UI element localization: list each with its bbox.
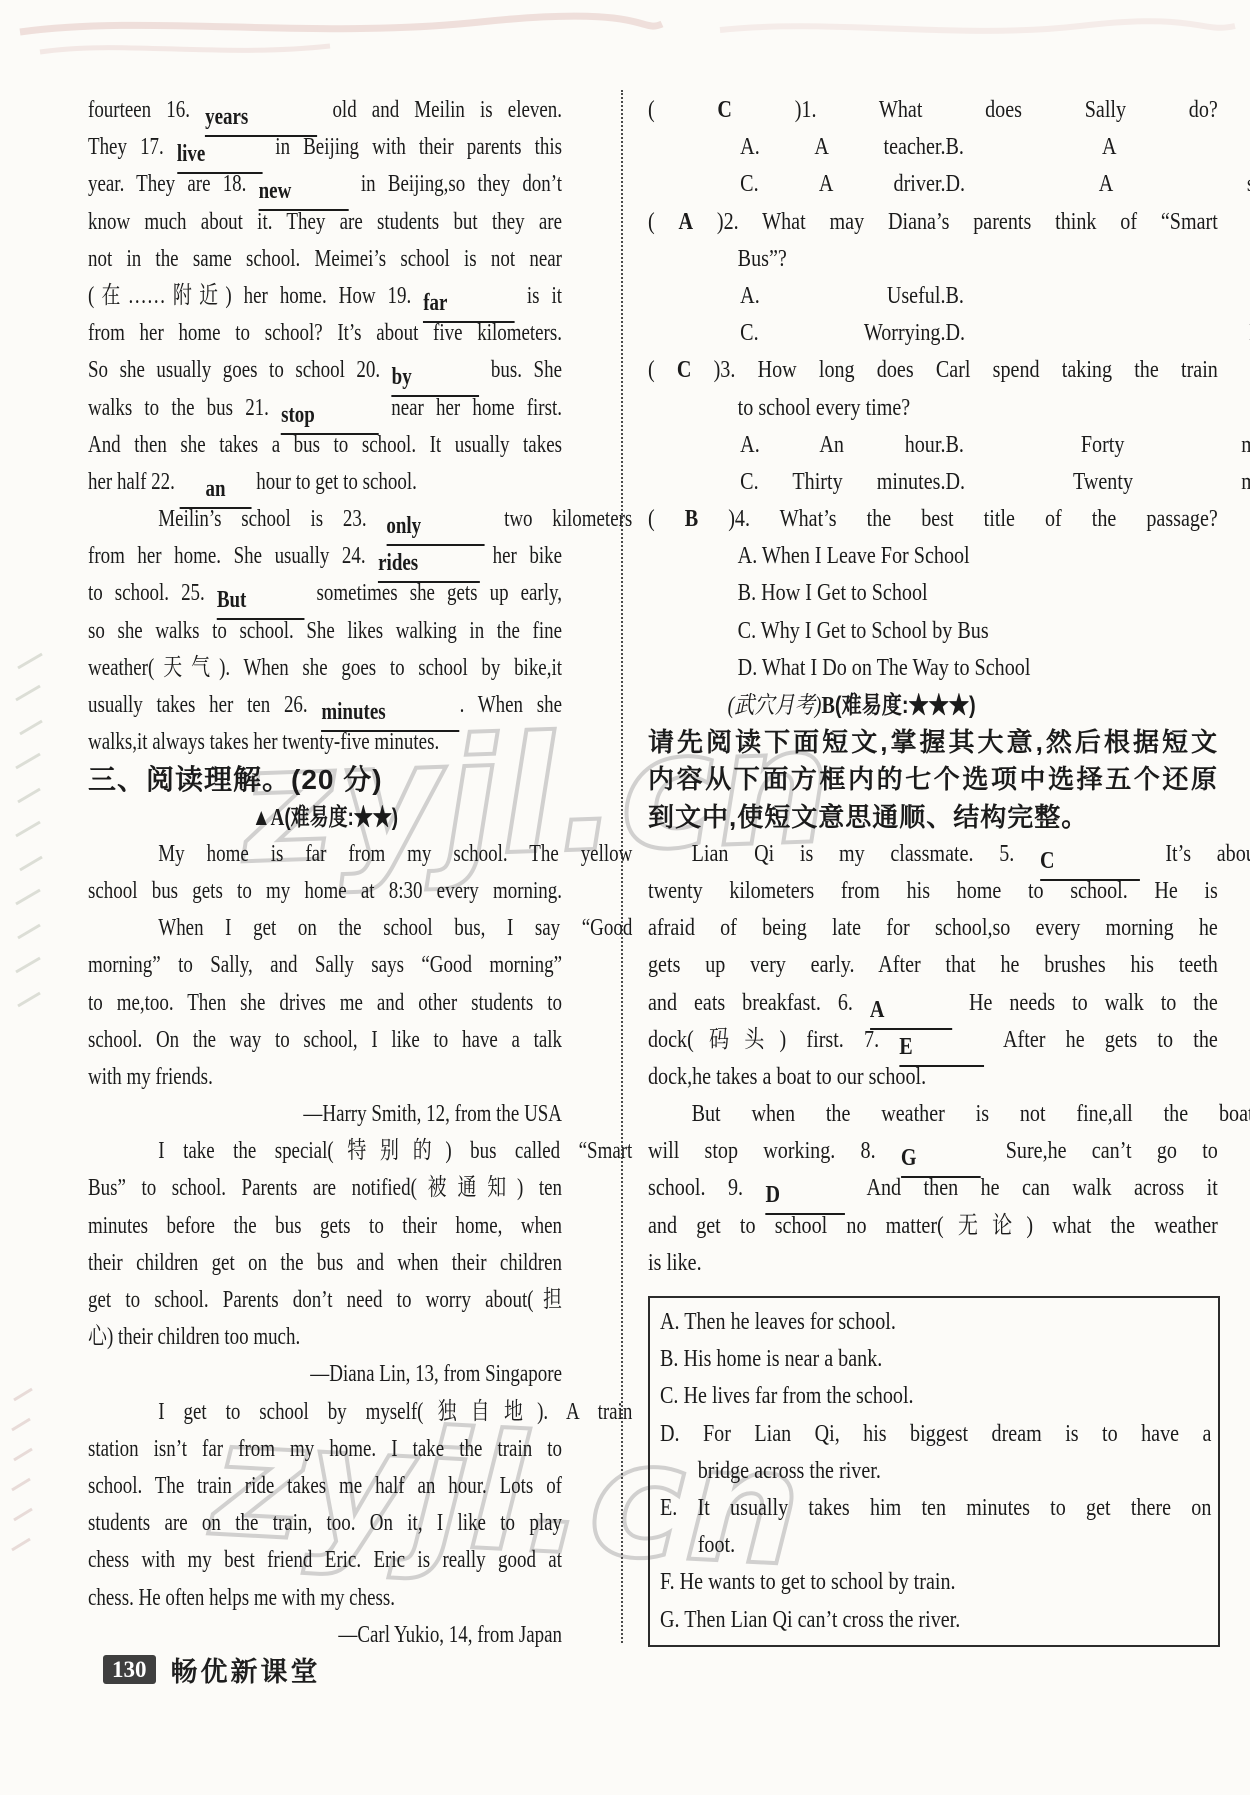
text-line: so she walks to school. She likes walkin… bbox=[88, 613, 562, 650]
text-segment: 请先阅读下面短文,掌握其大意,然后根据短文 bbox=[648, 727, 1218, 757]
text-segment: her bike bbox=[480, 543, 562, 569]
text-line: year. They are 18. new in Beijing,so the… bbox=[88, 166, 562, 203]
text-line: 心) their children too much. bbox=[88, 1319, 562, 1356]
text-segment: A. When I Leave For School bbox=[738, 543, 970, 569]
text-segment: They 17. bbox=[88, 134, 177, 160]
option-right: B. Funny. bbox=[945, 283, 1250, 309]
answer-letter: A bbox=[679, 209, 694, 235]
text-segment: )3. How long does Carl spend taking the … bbox=[691, 357, 1217, 383]
text-segment: twenty kilometers from his home to schoo… bbox=[648, 878, 1218, 904]
question: ( C )3. How long does Carl spend taking … bbox=[648, 352, 1218, 389]
text-line: I take the special(特别的) bus called “Smar… bbox=[88, 1133, 632, 1170]
option-right: D. Boring. bbox=[945, 320, 1250, 346]
text-segment: walks,it always takes her twenty-five mi… bbox=[88, 729, 439, 755]
text-segment: G. Then Lian Qi can’t cross the river. bbox=[660, 1607, 960, 1633]
text-segment: afraid of being late for school,so every… bbox=[648, 915, 1218, 941]
text-segment: )2. What may Diana’s parents think of “S… bbox=[693, 209, 1218, 235]
text-segment: ▲ bbox=[252, 805, 271, 831]
text-segment: 内容从下面方框内的七个选项中选择五个还原 bbox=[648, 764, 1218, 794]
text-line: Meilin’s school is 23. only two kilomete… bbox=[88, 501, 632, 538]
text-segment: fourteen 16. bbox=[88, 97, 205, 123]
text-segment: is like. bbox=[648, 1250, 702, 1276]
text-line: school. 9. D And then he can walk across… bbox=[648, 1170, 1218, 1207]
text-line: students are on the train, too. On it, I… bbox=[88, 1505, 562, 1542]
text-line: school. On the way to school, I like to … bbox=[88, 1022, 562, 1059]
text-segment: and eats breakfast. 6. bbox=[648, 990, 870, 1016]
text-line: (在……附近) her home. How 19. far is it bbox=[88, 278, 562, 315]
text-segment: will stop working. 8. bbox=[648, 1138, 901, 1164]
question: ( A )2. What may Diana’s parents think o… bbox=[648, 204, 1218, 241]
text-line: C. A driver.D. A student. bbox=[648, 166, 1250, 203]
text-segment: walks to the bus 21. bbox=[88, 395, 281, 421]
text-segment: )4. What’s the best title of the passage… bbox=[698, 506, 1218, 532]
text-line: with my friends. bbox=[88, 1059, 562, 1096]
text-line: station isn’t far from my home. I take t… bbox=[88, 1431, 562, 1468]
options-box-content: A. Then he leaves for school.B. His home… bbox=[660, 1304, 1211, 1639]
text-line: to me,too. Then she drives me and other … bbox=[88, 985, 562, 1022]
text-line: F. He wants to get to school by train. bbox=[660, 1564, 1211, 1601]
text-line: So she usually goes to school 20. by bus… bbox=[88, 352, 562, 389]
text-segment: to me,too. Then she drives me and other … bbox=[88, 990, 562, 1016]
text-line: minutes before the bus gets to their hom… bbox=[88, 1208, 562, 1245]
text-line: to school every time? bbox=[648, 390, 1250, 427]
text-segment: A. Then he leaves for school. bbox=[660, 1309, 896, 1335]
text-line: D. For Lian Qi, his biggest dream is to … bbox=[660, 1416, 1211, 1453]
text-segment: minutes before the bus gets to their hom… bbox=[88, 1213, 562, 1239]
text-segment: station isn’t far from my home. I take t… bbox=[88, 1436, 562, 1462]
text-line: gets up very early. After that he brushe… bbox=[648, 947, 1218, 984]
option-right: D. Twenty minutes. bbox=[945, 469, 1250, 495]
text-segment: school. The train ride takes me half an … bbox=[88, 1473, 562, 1499]
instructions: 请先阅读下面短文,掌握其大意,然后根据短文 bbox=[648, 724, 1218, 761]
text-segment: sometimes she gets up early, bbox=[305, 580, 562, 606]
options-box: A. Then he leaves for school.B. His home… bbox=[648, 1296, 1220, 1647]
text-segment: school bus gets to my home at 8:30 every… bbox=[88, 878, 562, 904]
text-line: foot. bbox=[660, 1527, 1211, 1564]
text-line: Bus”? bbox=[648, 241, 1250, 278]
text-line: E. It usually takes him ten minutes to g… bbox=[660, 1490, 1211, 1527]
brand-name: 畅优新课堂 bbox=[171, 1650, 321, 1689]
text-segment: Bus”? bbox=[738, 246, 787, 272]
text-line: twenty kilometers from his home to schoo… bbox=[648, 873, 1218, 910]
answer-letter: B bbox=[685, 506, 698, 532]
text-segment: weather(天气). When she goes to school by … bbox=[88, 655, 562, 681]
text-segment: He needs to walk to the bbox=[952, 990, 1218, 1016]
text-segment: After he gets to the bbox=[984, 1027, 1218, 1053]
text-segment: I get to school by myself(独自地). A train bbox=[158, 1399, 632, 1425]
left-column: fourteen 16. years old and Meilin is ele… bbox=[88, 92, 562, 1654]
workbook-page: zyjl.cn zyjl.cn fourteen 16. years old a… bbox=[0, 0, 1250, 1795]
text-segment: their children get on the bus and when t… bbox=[88, 1250, 562, 1276]
attribution: —Harry Smith, 12, from the USA bbox=[88, 1096, 562, 1133]
text-segment: C. He lives far from the school. bbox=[660, 1383, 914, 1409]
option-left: A. Useful. bbox=[740, 278, 945, 315]
text-line: afraid of being late for school,so every… bbox=[648, 910, 1218, 947]
passage-difficulty: ▲A(难易度:★★) bbox=[88, 799, 562, 836]
text-line: school bus gets to my home at 8:30 every… bbox=[88, 873, 562, 910]
text-segment: bridge across the river. bbox=[698, 1458, 881, 1484]
text-segment: And then she takes a bus to school. It u… bbox=[88, 432, 562, 458]
text-segment: D. For Lian Qi, his biggest dream is to … bbox=[660, 1421, 1211, 1447]
text-line: A. A teacher.B. A doctor. bbox=[648, 129, 1250, 166]
text-line: They 17. live in Beijing with their pare… bbox=[88, 129, 562, 166]
text-line: from her home to school? It’s about five… bbox=[88, 315, 562, 352]
text-segment: her half 22. bbox=[88, 469, 180, 495]
instructions: 内容从下面方框内的七个选项中选择五个还原 bbox=[648, 761, 1218, 798]
text-line: and eats breakfast. 6. A He needs to wal… bbox=[648, 985, 1218, 1022]
text-line: from her home. She usually 24. rides her… bbox=[88, 538, 562, 575]
text-segment: with my friends. bbox=[88, 1064, 213, 1090]
text-segment: ( bbox=[648, 209, 679, 235]
text-line: fourteen 16. years old and Meilin is ele… bbox=[88, 92, 562, 129]
answer-letter: B bbox=[821, 693, 834, 719]
text-segment: (难易度:★★) bbox=[284, 804, 398, 831]
text-segment: (难易度:★★★) bbox=[835, 692, 976, 719]
text-segment: from her home. She usually 24. bbox=[88, 543, 378, 569]
text-segment: And then he can walk across it bbox=[845, 1175, 1218, 1201]
text-segment: not in the same school. Meimei’s school … bbox=[88, 246, 562, 272]
answer-letter: C bbox=[717, 97, 732, 123]
text-line: school. The train ride takes me half an … bbox=[88, 1468, 562, 1505]
text-segment: —Diana Lin, 13, from Singapore bbox=[310, 1361, 562, 1387]
text-segment: in Beijing,so they don’t bbox=[349, 171, 562, 197]
text-line: usually takes her ten 26. minutes. When … bbox=[88, 687, 562, 724]
text-line: D. What I Do on The Way to School bbox=[648, 650, 1250, 687]
text-line: her half 22. an hour to get to school. bbox=[88, 464, 562, 501]
text-line: C. Thirty minutes.D. Twenty minutes. bbox=[648, 464, 1250, 501]
text-line: walks,it always takes her twenty-five mi… bbox=[88, 724, 562, 761]
text-segment: But when the weather is not fine,all the… bbox=[692, 1101, 1250, 1127]
text-segment: B. His home is near a bank. bbox=[660, 1346, 882, 1372]
text-segment: two kilometers bbox=[484, 506, 632, 532]
text-segment: When I get on the school bus, I say “Goo… bbox=[158, 915, 632, 941]
text-segment: —Carl Yukio, 14, from Japan bbox=[338, 1622, 562, 1648]
text-segment: from her home to school? It’s about five… bbox=[88, 320, 562, 346]
option-left: A. A teacher. bbox=[740, 129, 945, 166]
option-right: B. Forty minutes. bbox=[945, 432, 1250, 458]
text-line: B. His home is near a bank. bbox=[660, 1341, 1211, 1378]
text-segment: students are on the train, too. On it, I… bbox=[88, 1510, 562, 1536]
text-line: My home is far from my school. The yello… bbox=[88, 836, 632, 873]
text-line: know much about it. They are students bu… bbox=[88, 204, 562, 241]
text-segment: It’s about bbox=[1140, 841, 1250, 867]
text-line: B. How I Get to School bbox=[648, 575, 1250, 612]
option-left: C. A driver. bbox=[740, 166, 945, 203]
text-segment: B. How I Get to School bbox=[738, 580, 928, 606]
text-segment: Meilin’s school is 23. bbox=[158, 506, 386, 532]
option-left: C. Thirty minutes. bbox=[740, 464, 945, 501]
text-line: weather(天气). When she goes to school by … bbox=[88, 650, 562, 687]
text-segment: and get to school no matter(无论) what the… bbox=[648, 1213, 1218, 1239]
text-segment: get to school. Parents don’t need to wor… bbox=[88, 1287, 562, 1313]
text-segment: Sure,he can’t go to bbox=[980, 1138, 1217, 1164]
option-left: A. An hour. bbox=[740, 427, 945, 464]
text-segment: chess. He often helps me with my chess. bbox=[88, 1585, 395, 1611]
text-segment: ( bbox=[648, 357, 677, 383]
text-segment: ( bbox=[648, 97, 717, 123]
text-line: will stop working. 8. G Sure,he can’t go… bbox=[648, 1133, 1218, 1170]
text-line: dock(码头) first. 7. E After he gets to th… bbox=[648, 1022, 1218, 1059]
text-line: A. Useful.B. Funny. bbox=[648, 278, 1250, 315]
attribution: —Diana Lin, 13, from Singapore bbox=[88, 1356, 562, 1393]
text-line: But when the weather is not fine,all the… bbox=[648, 1096, 1250, 1133]
text-segment: hour to get to school. bbox=[252, 469, 417, 495]
text-line: get to school. Parents don’t need to wor… bbox=[88, 1282, 562, 1319]
text-line: A. Then he leaves for school. bbox=[660, 1304, 1211, 1341]
text-line: is like. bbox=[648, 1245, 1218, 1282]
text-line: C. He lives far from the school. bbox=[660, 1378, 1211, 1415]
question: ( C )1. What does Sally do? bbox=[648, 92, 1218, 129]
option-right: D. A student. bbox=[945, 171, 1250, 197]
answer-letter: C bbox=[677, 357, 692, 383]
text-segment: morning” to Sally, and Sally says “Good … bbox=[88, 952, 562, 978]
text-segment: (武穴月考) bbox=[728, 693, 822, 719]
text-line: C. Worrying.D. Boring. bbox=[648, 315, 1250, 352]
text-segment: . When she bbox=[460, 692, 562, 718]
text-segment: school. On the way to school, I like to … bbox=[88, 1027, 562, 1053]
text-segment: E. It usually takes him ten minutes to g… bbox=[660, 1495, 1211, 1521]
text-segment: D. What I Do on The Way to School bbox=[738, 655, 1031, 681]
text-segment: (在……附近) her home. How 19. bbox=[88, 283, 423, 309]
text-segment: Bus” to school. Parents are notified(被通知… bbox=[88, 1175, 562, 1201]
text-line: to school. 25. But sometimes she gets up… bbox=[88, 575, 562, 612]
text-line: bridge across the river. bbox=[660, 1453, 1211, 1490]
question: ( B )4. What’s the best title of the pas… bbox=[648, 501, 1218, 538]
answer-letter: A bbox=[271, 805, 285, 831]
text-segment: year. They are 18. bbox=[88, 171, 259, 197]
option-left: C. Worrying. bbox=[740, 315, 945, 352]
text-line: Bus” to school. Parents are notified(被通知… bbox=[88, 1170, 562, 1207]
text-segment: in Beijing with their parents this bbox=[262, 134, 562, 160]
text-line: A. An hour.B. Forty minutes. bbox=[648, 427, 1250, 464]
text-segment: 到文中,使短文意思通顺、结构完整。 bbox=[648, 802, 1088, 832]
text-line: G. Then Lian Qi can’t cross the river. bbox=[660, 1602, 1211, 1639]
text-line: chess with my best friend Eric. Eric is … bbox=[88, 1542, 562, 1579]
text-line: their children get on the bus and when t… bbox=[88, 1245, 562, 1282]
text-line: I get to school by myself(独自地). A train bbox=[88, 1394, 632, 1431]
text-segment: to school every time? bbox=[738, 395, 911, 421]
text-segment: C. Why I Get to School by Bus bbox=[738, 618, 989, 644]
text-segment: gets up very early. After that he brushe… bbox=[648, 952, 1218, 978]
text-segment: F. He wants to get to school by train. bbox=[660, 1569, 956, 1595]
text-line: A. When I Leave For School bbox=[648, 538, 1250, 575]
text-segment: chess with my best friend Eric. Eric is … bbox=[88, 1547, 562, 1573]
attribution: —Carl Yukio, 14, from Japan bbox=[88, 1617, 562, 1654]
text-line: walks to the bus 21. stop near her home … bbox=[88, 390, 562, 427]
text-segment: 三、阅读理解。(20 分) bbox=[88, 764, 383, 795]
text-line: and get to school no matter(无论) what the… bbox=[648, 1208, 1218, 1245]
text-segment: Lian Qi is my classmate. 5. bbox=[692, 841, 1040, 867]
text-segment: usually takes her ten 26. bbox=[88, 692, 321, 718]
text-segment: near her home first. bbox=[379, 395, 562, 421]
text-line: C. Why I Get to School by Bus bbox=[648, 613, 1250, 650]
text-segment: I take the special(特别的) bus called “Smar… bbox=[158, 1138, 632, 1164]
text-segment: dock,he takes a boat to our school. bbox=[648, 1064, 926, 1090]
text-segment: so she walks to school. She likes walkin… bbox=[88, 618, 562, 644]
text-line: Lian Qi is my classmate. 5. C It’s about bbox=[648, 836, 1250, 873]
right-column: ( C )1. What does Sally do?A. A teacher.… bbox=[648, 92, 1218, 1647]
text-line: not in the same school. Meimei’s school … bbox=[88, 241, 562, 278]
text-segment: old and Meilin is eleven. bbox=[317, 97, 562, 123]
text-line: dock,he takes a boat to our school. bbox=[648, 1059, 1218, 1096]
text-segment: ( bbox=[648, 506, 685, 532]
option-right: B. A doctor. bbox=[945, 134, 1250, 160]
text-segment: foot. bbox=[698, 1532, 735, 1558]
text-segment: know much about it. They are students bu… bbox=[88, 209, 562, 235]
text-line: chess. He often helps me with my chess. bbox=[88, 1580, 562, 1617]
section-header: 三、阅读理解。(20 分) bbox=[88, 761, 562, 798]
text-segment: )1. What does Sally do? bbox=[732, 97, 1218, 123]
text-line: morning” to Sally, and Sally says “Good … bbox=[88, 947, 562, 984]
text-line: And then she takes a bus to school. It u… bbox=[88, 427, 562, 464]
page-footer: 130 畅优新课堂 bbox=[103, 1650, 321, 1689]
text-segment: to school. 25. bbox=[88, 580, 217, 606]
text-segment: is it bbox=[515, 283, 562, 309]
text-segment: So she usually goes to school 20. bbox=[88, 357, 392, 383]
text-segment: bus. She bbox=[479, 357, 562, 383]
text-line: When I get on the school bus, I say “Goo… bbox=[88, 910, 632, 947]
text-segment: —Harry Smith, 12, from the USA bbox=[303, 1101, 562, 1127]
text-segment: dock(码头) first. 7. bbox=[648, 1027, 899, 1053]
text-segment: 心) their children too much. bbox=[88, 1324, 300, 1350]
passage-difficulty: (武穴月考)B(难易度:★★★) bbox=[648, 687, 1250, 724]
instructions: 到文中,使短文意思通顺、结构完整。 bbox=[648, 799, 1218, 836]
text-segment: school. 9. bbox=[648, 1175, 766, 1201]
text-segment: My home is far from my school. The yello… bbox=[158, 841, 632, 867]
page-number-badge: 130 bbox=[103, 1655, 156, 1684]
